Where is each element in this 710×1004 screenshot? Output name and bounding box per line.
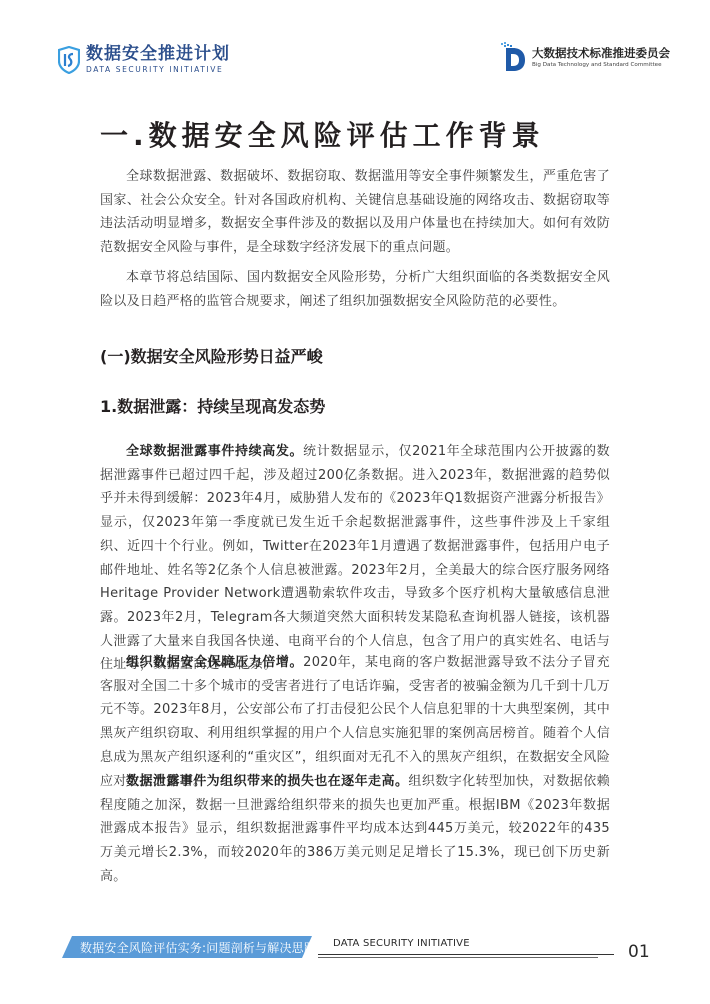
footer-banner: 数据安全风险评估实务:问题剖析与解决思路: [62, 936, 312, 958]
header-right-title-en: Big Data Technology and Standard Committ…: [532, 61, 670, 69]
page-title: 一.数据安全风险评估工作背景: [100, 116, 545, 156]
paragraph-lead: 组织数据安全保障压力倍增。: [126, 655, 303, 670]
paragraph-text: 组织数字化转型加快，对数据依赖程度随之加深，数据一旦泄露给组织带来的损失也更加严…: [100, 774, 610, 884]
header-logo-data-security-initiative: 数据安全推进计划 DATA SECURITY INITIATIVE: [58, 44, 230, 75]
body-paragraph: 数据泄露事件为组织带来的损失也在逐年走高。组织数字化转型加快，对数据依赖程度随之…: [100, 770, 610, 889]
letter-d-logo-icon: [500, 42, 526, 72]
subsection-heading: 1.数据泄露：持续呈现高发态势: [100, 396, 325, 418]
header-logo-big-data-committee: 大数据技术标准推进委员会 Big Data Technology and Sta…: [500, 42, 670, 72]
paragraph-text: 2020年，某电商的客户数据泄露导致不法分子冒充客服对全国二十多个城市的受害者进…: [100, 655, 610, 789]
footer-initiative-text: DATA SECURITY INITIATIVE: [333, 938, 470, 949]
paragraph-lead: 全球数据泄露事件持续高发。: [126, 444, 303, 459]
footer-banner-text: 数据安全风险评估实务:问题剖析与解决思路: [80, 939, 316, 956]
intro-paragraph: 全球数据泄露、数据破坏、数据窃取、数据滥用等安全事件频繁发生，严重危害了国家、社…: [100, 165, 610, 260]
header-left-title-cn: 数据安全推进计划: [86, 44, 230, 64]
header-left-title-en: DATA SECURITY INITIATIVE: [86, 65, 230, 75]
shield-ds-logo-icon: [58, 46, 80, 74]
footer-divider: [318, 954, 614, 955]
page-number: 01: [628, 942, 650, 962]
section-heading: (一)数据安全风险形势日益严峻: [100, 346, 323, 368]
intro-paragraph: 本章节将总结国际、国内数据安全风险形势，分析广大组织面临的各类数据安全风险以及日…: [100, 266, 610, 313]
paragraph-lead: 数据泄露事件为组织带来的损失也在逐年走高。: [126, 774, 408, 789]
body-paragraph: 全球数据泄露事件持续高发。统计数据显示，仅2021年全球范围内公开披露的数据泄露…: [100, 440, 610, 677]
paragraph-text: 统计数据显示，仅2021年全球范围内公开披露的数据泄露事件已超过四千起，涉及超过…: [100, 444, 610, 672]
header-right-title-cn: 大数据技术标准推进委员会: [532, 46, 670, 61]
footer-divider: [318, 957, 598, 958]
